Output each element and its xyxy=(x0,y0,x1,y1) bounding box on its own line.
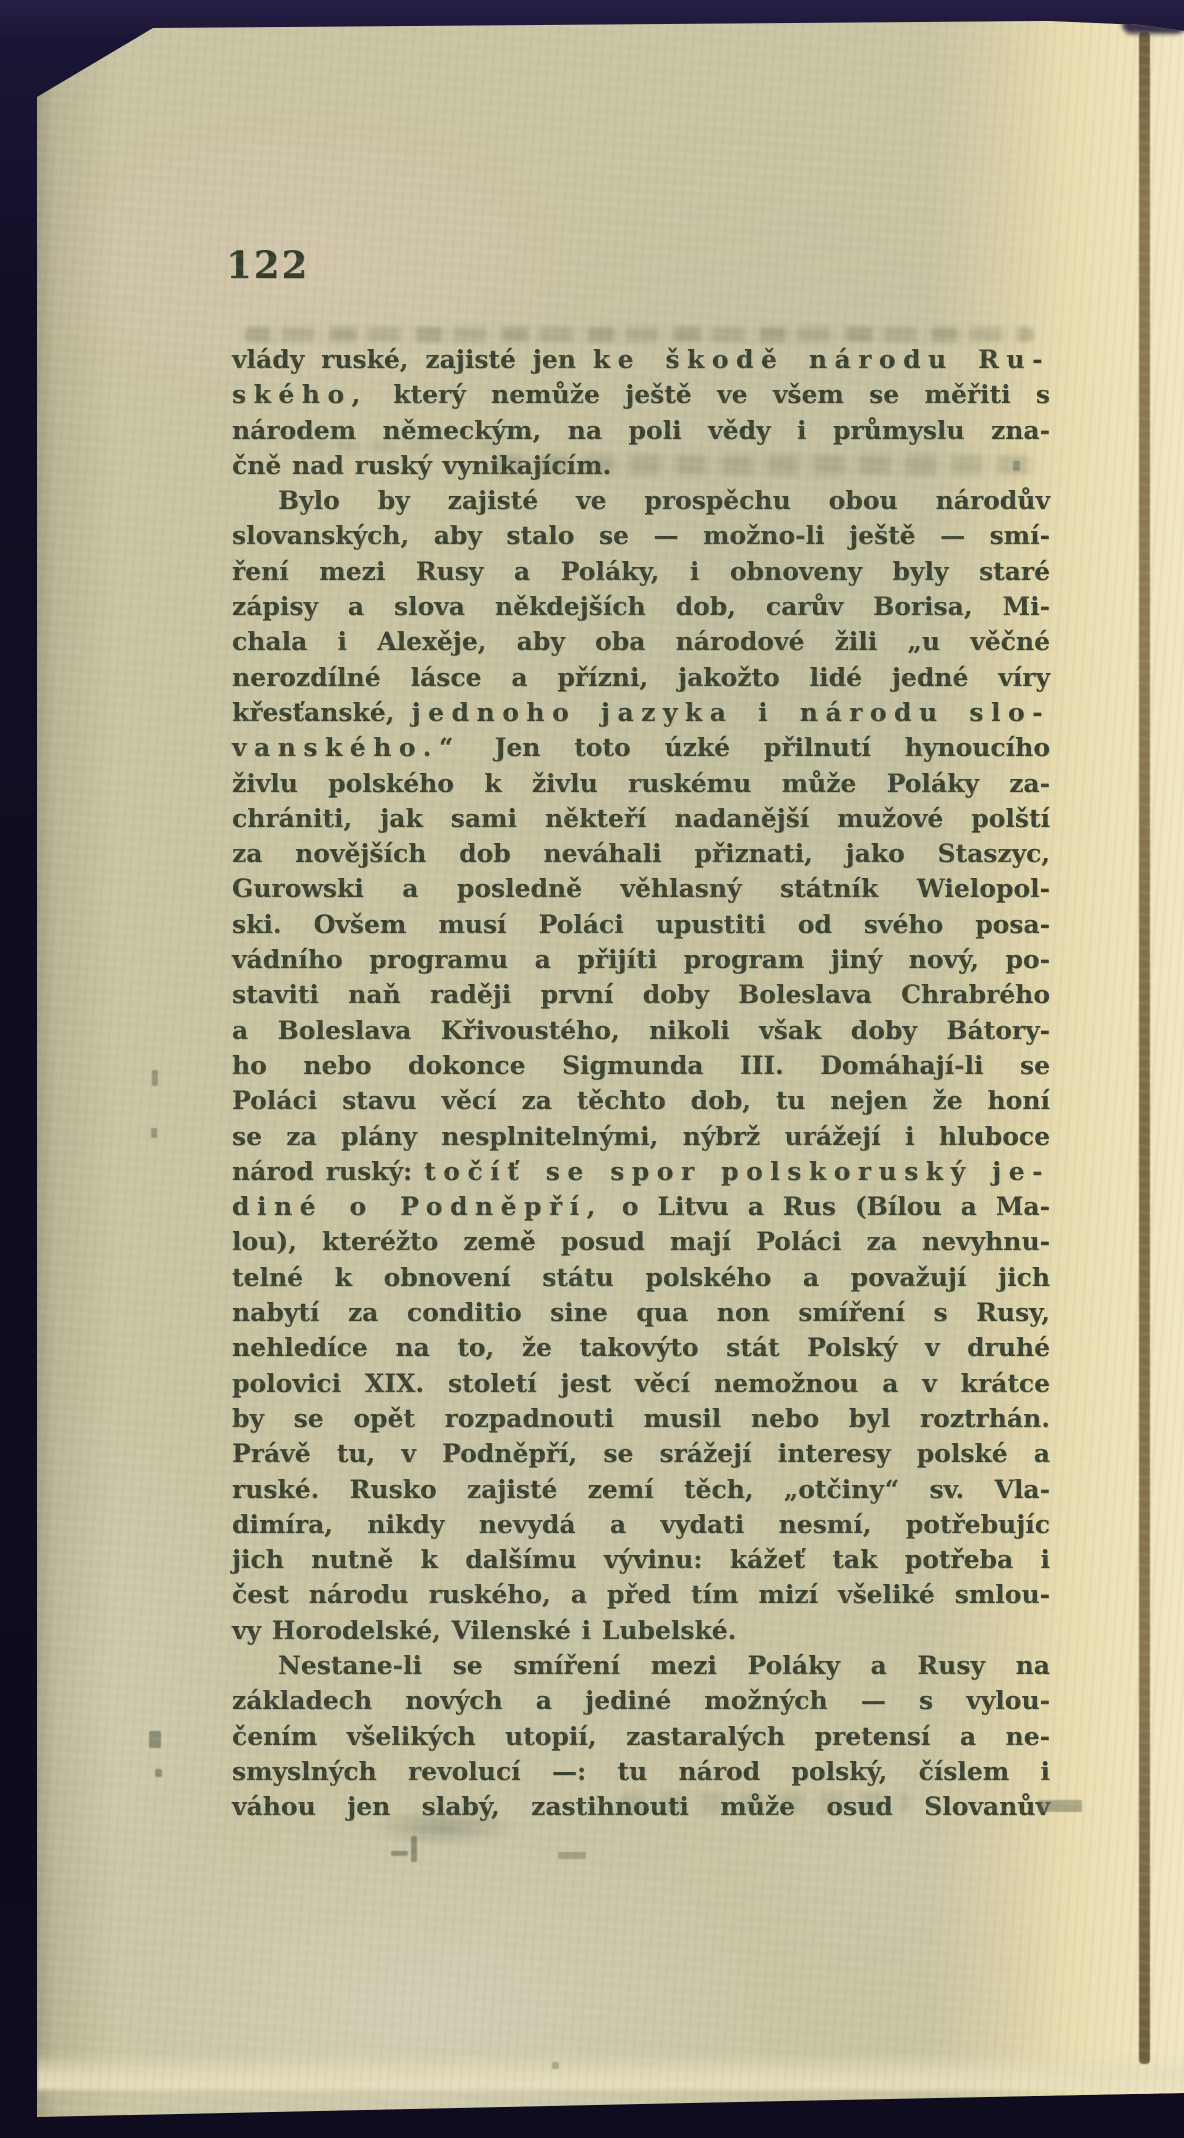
text-segment: zápisy a slova někdejších dob, carův Bor… xyxy=(232,592,1050,621)
text-line: váhou jen slabý, zastihnouti může osud S… xyxy=(232,1789,1050,1824)
letterspaced-text: ského, xyxy=(232,380,368,409)
page-bottom-edge xyxy=(37,2052,1184,2090)
scan-background: 122 vlády ruské, zajisté jen ke škodě ná… xyxy=(0,0,1184,2138)
text-segment: který nemůže ještě ve všem se měřiti s xyxy=(368,380,1050,409)
text-line: ski. Ovšem musí Poláci upustiti od svého… xyxy=(232,907,1050,942)
text-line: zápisy a slova někdejších dob, carův Bor… xyxy=(232,589,1050,624)
text-segment: jich nutně k dalšímu vývinu: kážeť tak p… xyxy=(232,1545,1050,1574)
text-segment: Nestane-li se smíření mezi Poláky a Rusy… xyxy=(278,1651,1050,1680)
text-line: diné o Podněpří, o Litvu a Rus (Bílou a … xyxy=(232,1189,1050,1224)
text-segment: chrániti, jak sami někteří nadanější muž… xyxy=(232,804,1050,833)
letterspaced-text: vanského.“ xyxy=(232,733,461,762)
text-line: nerozdílné lásce a přízni, jakožto lidé … xyxy=(232,660,1050,695)
text-line: slovanských, aby stalo se — možno-li ješ… xyxy=(232,518,1050,553)
text-line: Bylo by zajisté ve prospěchu obou národů… xyxy=(232,483,1050,518)
text-line: živlu polského k živlu ruskému může Polá… xyxy=(232,766,1050,801)
text-segment: o Litvu a Rus (Bílou a Ma- xyxy=(603,1192,1050,1221)
text-segment: ho nebo dokonce Sigmunda III. Domáhají-l… xyxy=(232,1051,1050,1080)
text-segment: dimíra, nikdy nevydá a vydati nesmí, pot… xyxy=(232,1510,1050,1539)
ink-smudge xyxy=(558,1852,586,1859)
text-line: čest národu ruského, a před tím mizí vše… xyxy=(232,1577,1050,1612)
text-segment: národ ruský: xyxy=(232,1157,424,1186)
text-segment: staviti naň raději první doby Boleslava … xyxy=(232,980,1050,1009)
text-line: by se opět rozpadnouti musil nebo byl ro… xyxy=(232,1401,1050,1436)
text-line: telné k obnovení státu polského a považu… xyxy=(232,1260,1050,1295)
text-line: Gurowski a posledně věhlasný státník Wie… xyxy=(232,871,1050,906)
letterspaced-text: ke škodě národu Ru- xyxy=(593,345,1050,374)
text-segment: za novějších dob neváhali přiznati, jako… xyxy=(232,839,1050,868)
text-segment: vádního programu a přijíti program jiný … xyxy=(232,945,1050,974)
text-line: čením všelikých utopií, zastaralých pret… xyxy=(232,1719,1050,1754)
letterspaced-text: diné o Podněpří, xyxy=(232,1192,603,1221)
text-line: chrániti, jak sami někteří nadanější muž… xyxy=(232,801,1050,836)
text-segment: slovanských, aby stalo se — možno-li ješ… xyxy=(232,521,1050,550)
text-segment: smyslných revolucí —: tu národ polský, č… xyxy=(232,1757,1050,1786)
text-line: vádního programu a přijíti program jiný … xyxy=(232,942,1050,977)
text-line: vanského.“ Jen toto úzké přilnutí hynouc… xyxy=(232,730,1050,765)
text-line: základech nových a jediné možných — s vy… xyxy=(232,1683,1050,1718)
text-line: národem německým, na poli vědy i průmysl… xyxy=(232,413,1050,448)
text-line: nabytí za conditio sine qua non smíření … xyxy=(232,1295,1050,1330)
text-line: křesťanské, jednoho jazyka i národu slo- xyxy=(232,695,1050,730)
text-segment: lou), kteréžto země posud mají Poláci za… xyxy=(232,1227,1050,1256)
text-segment: čest národu ruského, a před tím mizí vše… xyxy=(232,1580,1050,1609)
text-line: a Boleslava Křivoustého, nikoli však dob… xyxy=(232,1013,1050,1048)
text-segment: Právě tu, v Podněpří, se srážejí interes… xyxy=(232,1439,1050,1468)
text-line: nehledíce na to, že takovýto stát Polský… xyxy=(232,1330,1050,1365)
text-segment: polovici XIX. století jest věcí nemožnou… xyxy=(232,1369,1050,1398)
text-line: ření mezi Rusy a Poláky, i obnoveny byly… xyxy=(232,554,1050,589)
text-segment: ruské. Rusko zajisté zemí těch, „otčiny“… xyxy=(232,1475,1050,1504)
ink-smudge xyxy=(149,1731,161,1748)
text-segment: Bylo by zajisté ve prospěchu obou národů… xyxy=(278,486,1050,515)
text-segment: čně nad ruský vynikajícím. xyxy=(232,451,611,480)
top-right-corner-shadow xyxy=(1122,18,1184,34)
text-line: polovici XIX. století jest věcí nemožnou… xyxy=(232,1366,1050,1401)
ink-smudge xyxy=(1013,461,1020,471)
text-segment: křesťanské, xyxy=(232,698,412,727)
ink-smudge xyxy=(151,1128,157,1138)
text-line: ho nebo dokonce Sigmunda III. Domáhají-l… xyxy=(232,1048,1050,1083)
text-line: Právě tu, v Podněpří, se srážejí interes… xyxy=(232,1436,1050,1471)
text-segment: vlády ruské, zajisté jen xyxy=(232,345,593,374)
letterspaced-text: točíť se spor polskoruský je- xyxy=(424,1157,1050,1186)
text-segment: vy Horodelské, Vilenské i Lubelské. xyxy=(232,1616,736,1645)
text-segment: telné k obnovení státu polského a považu… xyxy=(232,1263,1050,1292)
ink-smudge xyxy=(155,1769,162,1777)
text-line: ského, který nemůže ještě ve všem se měř… xyxy=(232,377,1050,412)
text-line: za novějších dob neváhali přiznati, jako… xyxy=(232,836,1050,871)
text-line: smyslných revolucí —: tu národ polský, č… xyxy=(232,1754,1050,1789)
text-segment: základech nových a jediné možných — s vy… xyxy=(232,1686,1050,1715)
text-line: Poláci stavu věcí za těchto dob, tu neje… xyxy=(232,1083,1050,1118)
text-segment: a Boleslava Křivoustého, nikoli však dob… xyxy=(232,1016,1050,1045)
text-line: národ ruský: točíť se spor polskoruský j… xyxy=(232,1154,1050,1189)
page-edge-line xyxy=(1139,32,1150,2064)
text-segment: Gurowski a posledně věhlasný státník Wie… xyxy=(232,874,1050,903)
book-page: 122 vlády ruské, zajisté jen ke škodě ná… xyxy=(0,0,1184,2138)
text-segment: čením všelikých utopií, zastaralých pret… xyxy=(232,1722,1050,1751)
text-segment: nehledíce na to, že takovýto stát Polský… xyxy=(232,1333,1050,1362)
text-segment: váhou jen slabý, zastihnouti může osud S… xyxy=(232,1792,1050,1821)
ink-smudge xyxy=(391,1851,408,1856)
text-line: vlády ruské, zajisté jen ke škodě národu… xyxy=(232,342,1050,377)
text-line: čně nad ruský vynikajícím. xyxy=(232,448,1050,483)
text-segment: živlu polského k živlu ruskému může Polá… xyxy=(232,769,1050,798)
text-line: se za plány nesplnitelnými, nýbrž urážej… xyxy=(232,1119,1050,1154)
text-segment: nerozdílné lásce a přízni, jakožto lidé … xyxy=(232,663,1050,692)
ink-smudge xyxy=(152,1070,158,1086)
ink-smudge xyxy=(1038,1800,1082,1812)
text-segment: národem německým, na poli vědy i průmysl… xyxy=(232,416,1050,445)
ink-smudge xyxy=(411,1836,417,1862)
text-line: jich nutně k dalšímu vývinu: kážeť tak p… xyxy=(232,1542,1050,1577)
text-block: vlády ruské, zajisté jen ke škodě národu… xyxy=(232,342,1050,1824)
page-number: 122 xyxy=(226,243,309,287)
text-segment: nabytí za conditio sine qua non smíření … xyxy=(232,1298,1050,1327)
text-line: Nestane-li se smíření mezi Poláky a Rusy… xyxy=(232,1648,1050,1683)
text-segment: ski. Ovšem musí Poláci upustiti od svého… xyxy=(232,910,1050,939)
text-line: chala i Alexěje, aby oba národové žili „… xyxy=(232,624,1050,659)
text-line: lou), kteréžto země posud mají Poláci za… xyxy=(232,1224,1050,1259)
text-segment: chala i Alexěje, aby oba národové žili „… xyxy=(232,627,1050,656)
text-line: staviti naň raději první doby Boleslava … xyxy=(232,977,1050,1012)
text-line: vy Horodelské, Vilenské i Lubelské. xyxy=(232,1613,1050,1648)
text-segment: by se opět rozpadnouti musil nebo byl ro… xyxy=(232,1404,1050,1433)
letterspaced-text: jednoho jazyka i národu slo- xyxy=(412,698,1050,727)
text-line: dimíra, nikdy nevydá a vydati nesmí, pot… xyxy=(232,1507,1050,1542)
text-segment: Poláci stavu věcí za těchto dob, tu neje… xyxy=(232,1086,1050,1115)
text-segment: se za plány nesplnitelnými, nýbrž urážej… xyxy=(232,1122,1050,1151)
text-segment: ření mezi Rusy a Poláky, i obnoveny byly… xyxy=(232,557,1050,586)
text-segment: Jen toto úzké přilnutí hynoucího xyxy=(461,733,1050,762)
text-line: ruské. Rusko zajisté zemí těch, „otčiny“… xyxy=(232,1472,1050,1507)
showthrough-text-smear xyxy=(244,327,1034,342)
ink-smudge xyxy=(552,2062,559,2069)
